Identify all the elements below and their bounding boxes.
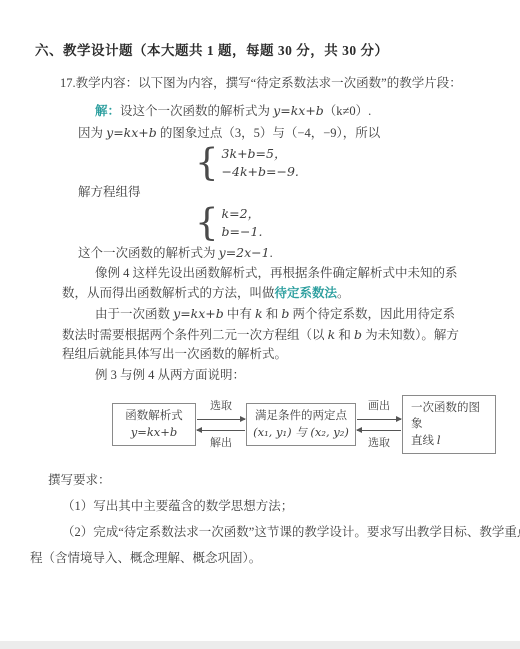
solution-text-after: （k≠0）. (324, 104, 372, 118)
arrow-label-top: 选取 (210, 400, 232, 413)
inline-formula: y=kx+b (173, 306, 224, 321)
section-title: 六、教学设计题（本大题共 1 题，每题 30 分，共 30 分） (35, 42, 520, 60)
arrow-label-bottom: 选取 (368, 437, 390, 450)
line-variable: l (437, 433, 441, 447)
result-line: 这个一次函数的解析式为 y=2x−1. (62, 243, 460, 264)
equation-1b: −4k+b=−9. (222, 163, 299, 181)
because-formula: y=kx+b (106, 125, 157, 140)
box-label: 满足条件的两定点 (255, 410, 347, 422)
equation-2b: b=−1. (222, 223, 263, 241)
flow-diagram: 函数解析式 y=kx+b 选取 解出 满足条件的两定点 (x₁, y₁) 与 (… (112, 395, 460, 454)
equation-lines: k=2，b=−1. (222, 205, 263, 241)
box-label: 函数解析式 (125, 410, 183, 422)
inline-variable-k: k (255, 306, 263, 321)
solution-line: 解：设这个一次函数的解析式为 y=kx+b（k≠0）. (62, 101, 460, 122)
because-line: 因为 y=kx+b 的图象过点（3，5）与（−4，−9），所以 (62, 123, 460, 144)
equation-lines: 3k+b=5，−4k+b=−9. (222, 145, 299, 181)
coefficient-paragraph: 由于一次函数 y=kx+b 中有 k 和 b 两个待定系数，因此用待定系数法时需… (62, 304, 460, 365)
highlight-method-term: 待定系数法 (275, 286, 338, 300)
box-points-formula: (x₁, y₁) 与 (x₂, y₂) (253, 425, 349, 439)
result-text-before: 这个一次函数的解析式为 (78, 246, 219, 260)
equation-2a: k=2， (222, 205, 263, 223)
inline-variable-b: b (354, 327, 362, 342)
requirement-item-2: （2）完成“待定系数法求一次函数”这节课的教学设计。要求写出教学目标、教学重点和… (62, 522, 520, 542)
arrow-label-top: 画出 (368, 400, 390, 413)
box-label-line2: 直线 (411, 435, 437, 447)
equation-system-2: { k=2，b=−1. (195, 205, 460, 241)
diagram-arrows-left: 选取 解出 (197, 400, 245, 450)
textbook-excerpt: 解：设这个一次函数的解析式为 y=kx+b（k≠0）. 因为 y=kx+b 的图… (62, 101, 460, 454)
solution-formula: y=kx+b (273, 103, 324, 118)
text-segment: 和 (263, 307, 282, 321)
arrow-label-bottom: 解出 (210, 437, 232, 450)
method-text-before: 像例 4 这样先设出函数解析式，再根据条件确定解析式中未知的系数，从而得出函数解… (62, 266, 458, 300)
brace-icon: { (195, 205, 219, 241)
diagram-arrows-right: 画出 选取 (357, 400, 401, 450)
text-segment: 中有 (224, 307, 255, 321)
because-text-after: 的图象过点（3，5）与（−4，−9），所以 (157, 126, 380, 140)
text-segment: 和 (335, 328, 354, 342)
solution-label: 解： (95, 104, 120, 118)
diagram-box-points: 满足条件的两定点 (x₁, y₁) 与 (x₂, y₂) (246, 403, 356, 446)
arrow-left-icon (357, 430, 401, 431)
equation-1a: 3k+b=5， (222, 145, 299, 163)
box-label: 一次函数的图象 (411, 402, 480, 430)
examples-line: 例 3 与例 4 从两方面说明： (62, 366, 460, 386)
arrow-right-icon (357, 419, 401, 420)
arrow-left-icon (197, 430, 245, 431)
method-paragraph: 像例 4 这样先设出函数解析式，再根据条件确定解析式中未知的系数，从而得出函数解… (62, 264, 460, 303)
because-text-before: 因为 (78, 126, 106, 140)
requirement-item-2-continuation: 程（含情境导入、概念理解、概念巩固）。 (30, 548, 520, 568)
result-formula: y=2x−1 (219, 245, 270, 260)
box-formula: y=kx+b (131, 425, 178, 439)
question-intro: 17.教学内容：以下图为内容，撰写“待定系数法求一次函数”的教学片段： (60, 73, 490, 93)
solve-text-line: 解方程组得 (62, 183, 460, 203)
page-bottom-strip (0, 641, 520, 649)
text-segment: 由于一次函数 (95, 307, 173, 321)
equation-system-1: { 3k+b=5，−4k+b=−9. (195, 145, 460, 181)
document-page: 六、教学设计题（本大题共 1 题，每题 30 分，共 30 分） 17.教学内容… (0, 0, 520, 649)
result-text-after: . (270, 246, 273, 260)
solution-text-before: 设这个一次函数的解析式为 (120, 104, 273, 118)
diagram-box-graph: 一次函数的图象 直线 l (402, 395, 496, 454)
method-text-after: 。 (337, 286, 350, 300)
requirement-item-1: （1）写出其中主要蕴含的数学思想方法； (62, 496, 520, 516)
brace-icon: { (195, 145, 219, 181)
diagram-box-function: 函数解析式 y=kx+b (112, 403, 196, 446)
requirements-title: 撰写要求： (48, 470, 520, 490)
arrow-right-icon (197, 419, 245, 420)
